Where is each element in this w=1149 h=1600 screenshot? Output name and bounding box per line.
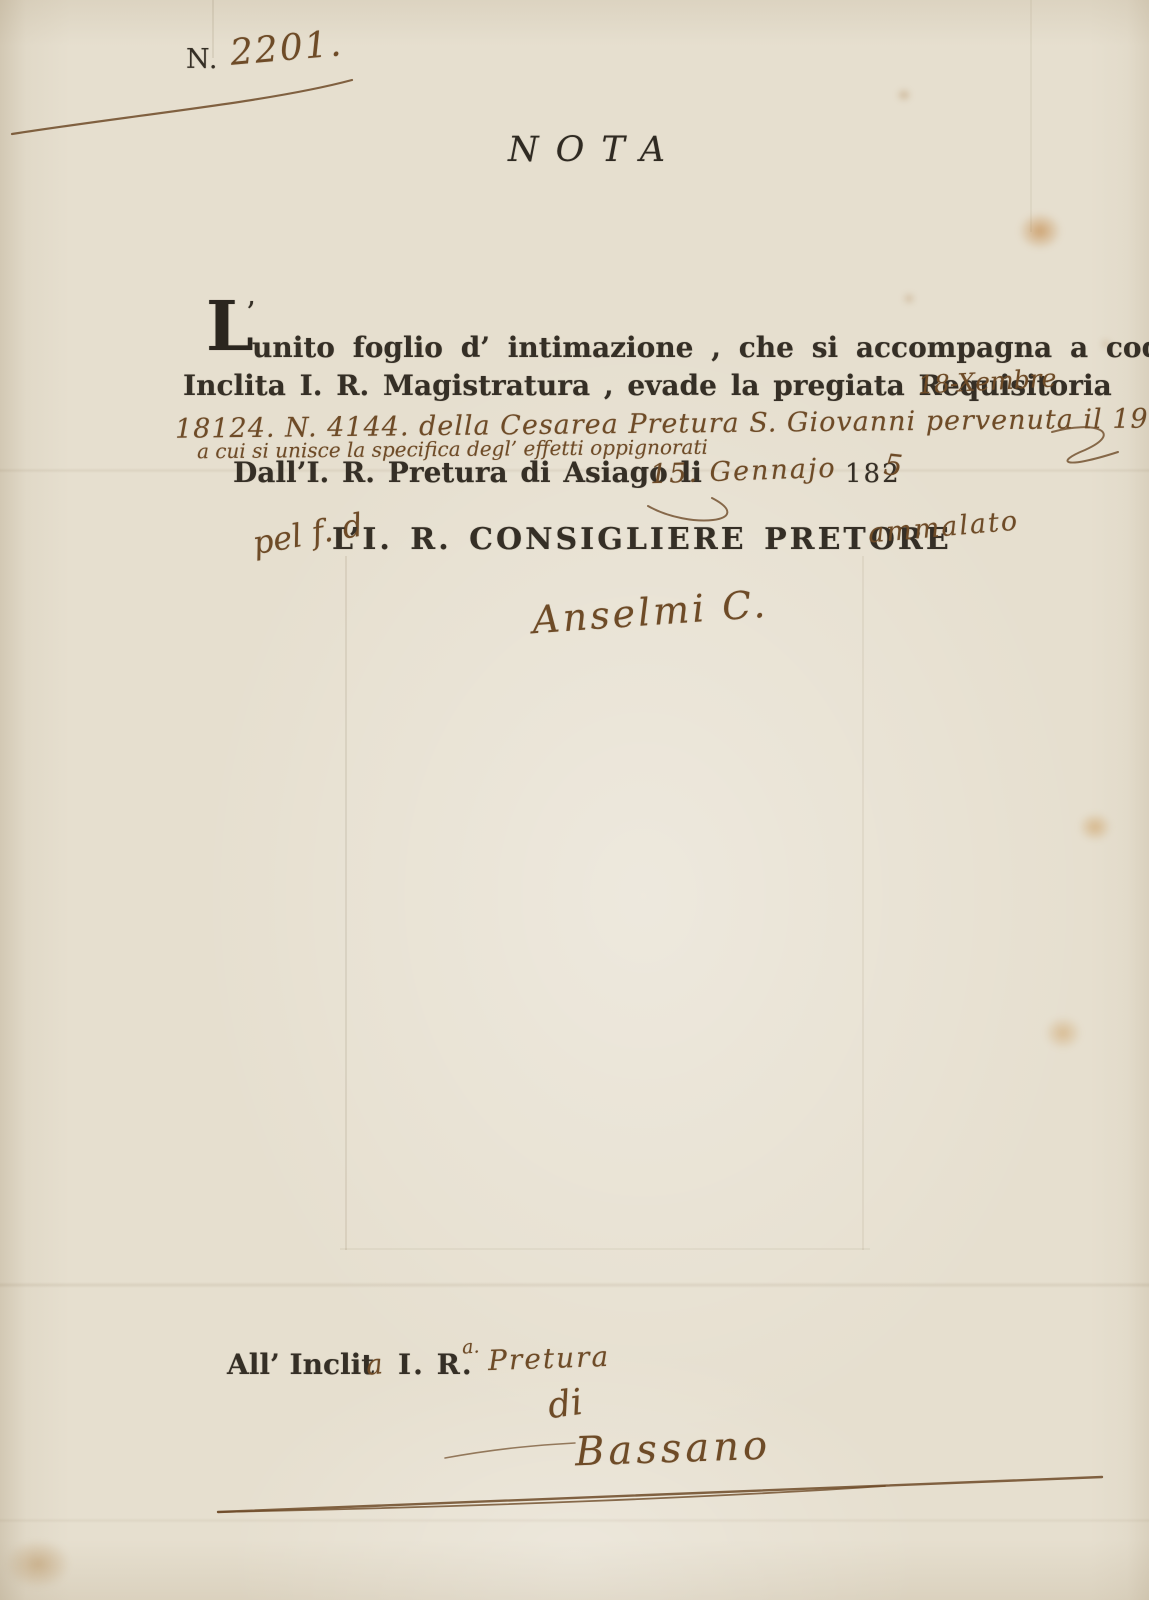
address-a-handwritten: a (364, 1347, 384, 1382)
signature-handwritten: Anselmi C. (531, 582, 770, 642)
ref-underline-flourish (12, 80, 352, 134)
fold-crease-top-right-vertical (1030, 0, 1032, 232)
foxing-stain-right-middle (1078, 812, 1112, 842)
fold-crease-inner-left-vertical (345, 556, 347, 1250)
page-title: NOTA (508, 130, 682, 170)
city-name-underline (445, 1443, 575, 1458)
address-printed-start: All’ Inclit (227, 1348, 374, 1381)
ref-label: N. (186, 44, 218, 75)
date-paraph-flourish (648, 498, 727, 520)
fold-crease-lower-horizontal (0, 1282, 1149, 1288)
address-pretura-handwritten: Pretura (487, 1340, 610, 1377)
foxing-stain-bottom-left (6, 1540, 70, 1588)
signatory-suffix-handwritten: ammalato (867, 505, 1020, 549)
dateline-printed: Dall’I. R. Pretura di Asiago li (233, 456, 702, 489)
dropcap-apostrophe: ’ (246, 296, 256, 331)
dateline-day-handwritten: 15. Gennajo (650, 453, 838, 490)
address-superscript-handwritten: a. (461, 1335, 480, 1358)
ref-number-handwritten: 2201. (228, 23, 344, 74)
foxing-speck-2 (902, 292, 916, 305)
foxing-stain-right-lower (1044, 1016, 1082, 1050)
fold-crease-inner-bottom-horizontal (340, 1248, 870, 1250)
address-di-handwritten: di (545, 1382, 585, 1427)
address-city-handwritten: Bassano (574, 1423, 771, 1476)
scanned-document-page: N. 2201. NOTA L ’ unito foglio d’ intima… (0, 0, 1149, 1600)
foxing-stain-right-upper (1018, 212, 1062, 250)
dateline-year-digit-handwritten: 5 (882, 447, 904, 483)
body-line-1: unito foglio d’ intimazione , che si acc… (252, 331, 1149, 364)
foxing-speck-1 (896, 88, 912, 102)
city-flourish-lower (218, 1486, 885, 1512)
fold-crease-bottom-horizontal (0, 1518, 1149, 1523)
fold-crease-inner-right-vertical (862, 556, 864, 1250)
signatory-title-printed: L’I. R. CONSIGLIERE PRETORE (332, 522, 952, 557)
city-flourish-upper (218, 1477, 1102, 1512)
